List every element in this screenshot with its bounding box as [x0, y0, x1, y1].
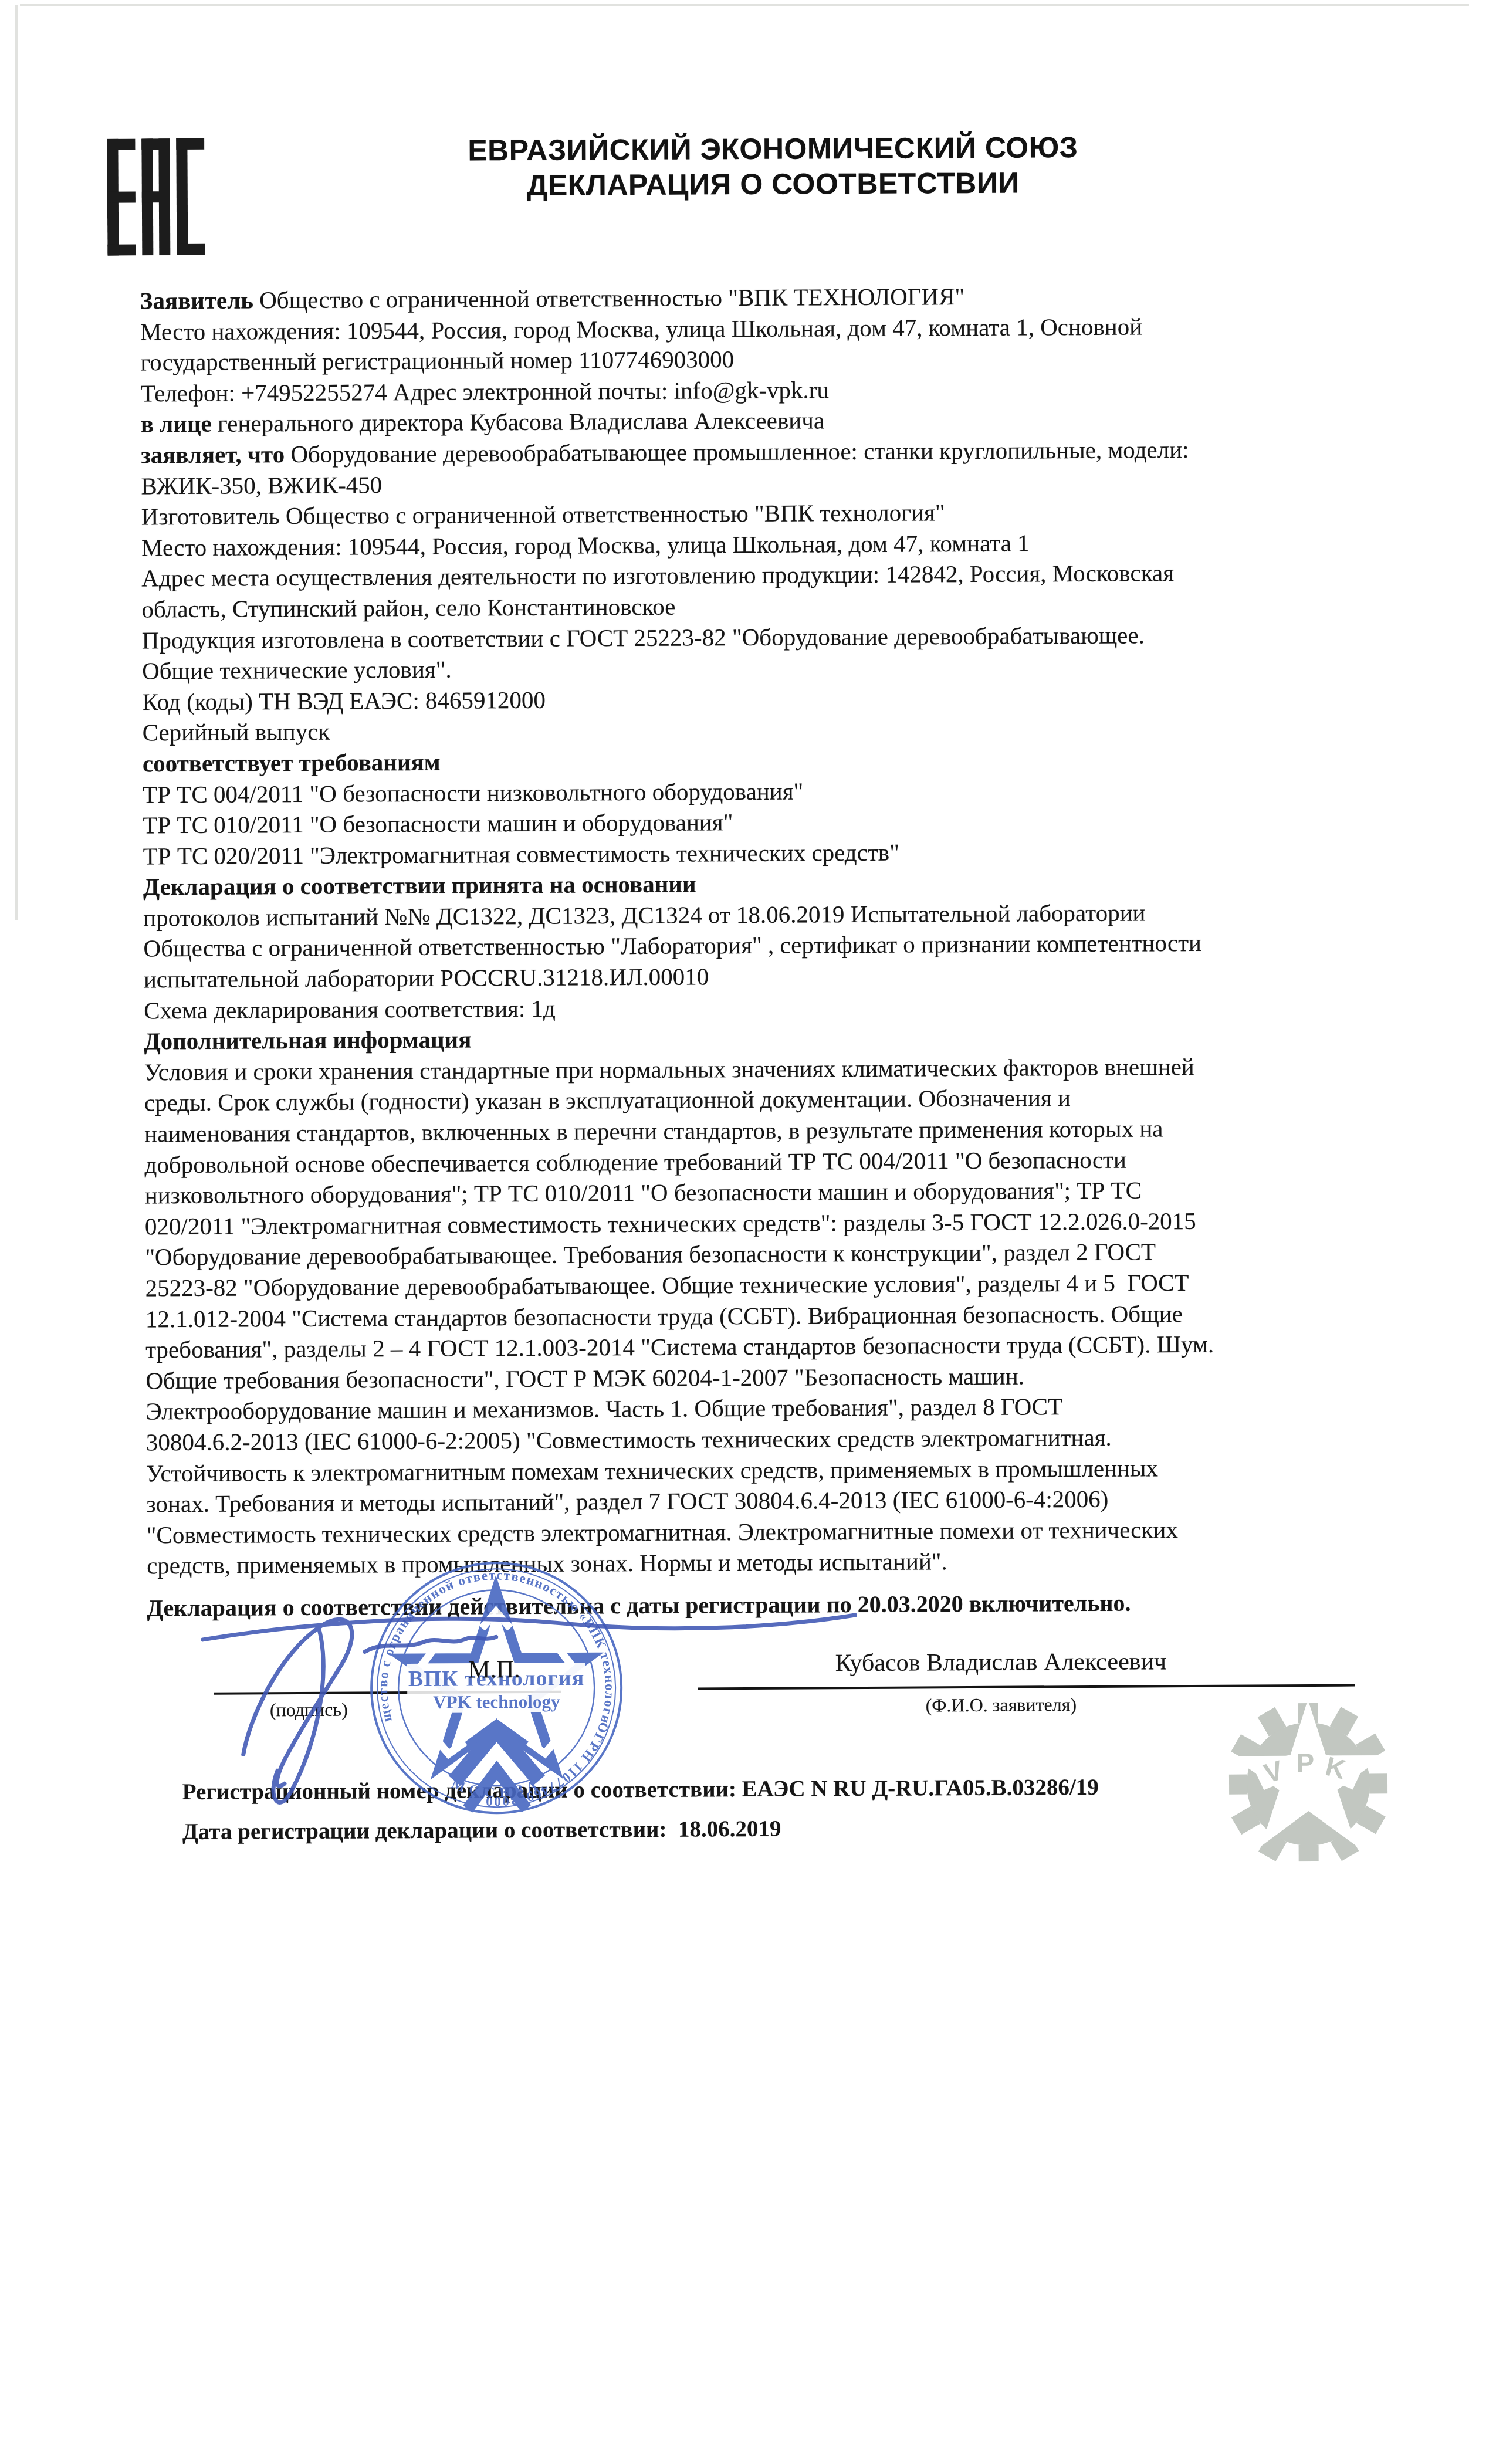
doc-line: Схема декларирования соответствия: 1д	[144, 990, 1212, 1026]
vpk-gear-watermark: V P K	[1228, 1703, 1387, 1861]
doc-line-segment: требования", разделы 2 – 4 ГОСТ 12.1.003…	[145, 1331, 1214, 1363]
doc-line-segment: государственный регистрационный номер 11…	[140, 346, 734, 375]
doc-line-segment: 020/2011 "Электромагнитная совместимость…	[145, 1207, 1196, 1240]
doc-line: Условия и сроки хранения стандартные при…	[144, 1051, 1213, 1088]
doc-line: Место нахождения: 109544, Россия, город …	[141, 527, 1210, 563]
doc-line: область, Ступинский район, село Констант…	[141, 588, 1210, 625]
doc-line-segment: Общества с ограниченной ответственностью…	[143, 929, 1201, 962]
doc-line: в лице генерального директора Кубасова В…	[141, 403, 1209, 439]
doc-line-segment: Код (коды) ТН ВЭД ЕАЭС: 8465912000	[142, 686, 546, 716]
doc-line-segment: Схема декларирования соответствия: 1д	[144, 994, 556, 1024]
union-title: ЕВРАЗИЙСКИЙ ЭКОНОМИЧЕСКИЙ СОЮЗ	[371, 129, 1175, 168]
doc-line-segment: добровольной основе обеспечивается соблю…	[144, 1146, 1126, 1178]
doc-line-segment: ВЖИК-350, ВЖИК-450	[141, 471, 382, 499]
doc-line-bold-segment: Дополнительная информация	[144, 1026, 471, 1055]
document-title: ДЕКЛАРАЦИЯ О СООТВЕТСТВИИ	[371, 164, 1175, 204]
doc-line: наименования стандартов, включенных в пе…	[144, 1113, 1213, 1149]
registration-date-label: Дата регистрации декларации о соответств…	[182, 1817, 667, 1844]
document-header: ЕВРАЗИЙСКИЙ ЭКОНОМИЧЕСКИЙ СОЮЗ ДЕКЛАРАЦИ…	[371, 129, 1175, 204]
doc-line-segment: Электрооборудование машин и механизмов. …	[146, 1393, 1063, 1425]
doc-line: зонах. Требования и методы испытаний", р…	[146, 1483, 1214, 1519]
doc-line-segment: Адрес места осуществления деятельности п…	[141, 560, 1174, 592]
doc-line-segment: испытательной лаборатории РОССRU.31218.И…	[144, 963, 709, 993]
doc-line-segment: Общество с ограниченной ответственностью…	[259, 283, 964, 313]
eac-mark-icon	[107, 138, 205, 256]
doc-line-bold-segment: Заявитель	[140, 286, 260, 314]
doc-line-segment: 12.1.012-2004 "Система стандартов безопа…	[145, 1300, 1183, 1332]
doc-line: средств, применяемых в промышленных зона…	[147, 1545, 1215, 1581]
doc-line: Дополнительная информация	[144, 1020, 1212, 1057]
doc-line-segment: Место нахождения: 109544, Россия, город …	[141, 529, 1030, 561]
doc-line-segment: ТР ТС 010/2011 "О безопасности машин и о…	[143, 808, 733, 838]
doc-line-segment: Телефон: +74952255274 Адрес электронной …	[140, 376, 829, 407]
doc-line: ТР ТС 010/2011 "О безопасности машин и о…	[143, 804, 1211, 841]
doc-line: государственный регистрационный номер 11…	[140, 341, 1209, 378]
doc-line-segment: среды. Срок службы (годности) указан в э…	[144, 1085, 1071, 1116]
doc-line-segment: наименования стандартов, включенных в пе…	[144, 1115, 1163, 1147]
doc-line-segment: Оборудование деревообрабатывающее промыш…	[290, 436, 1189, 468]
doc-line: испытательной лаборатории РОССRU.31218.И…	[144, 959, 1212, 995]
doc-line-segment: "Совместимость технических средств элект…	[147, 1516, 1178, 1548]
doc-line: заявляет, что Оборудование деревообрабат…	[141, 434, 1209, 471]
doc-line: Общие требования безопасности", ГОСТ Р М…	[145, 1360, 1214, 1396]
doc-line-bold-segment: заявляет, что	[141, 441, 290, 468]
doc-line-segment: ТР ТС 004/2011 "О безопасности низковоль…	[143, 777, 803, 808]
page-content: ЕВРАЗИЙСКИЙ ЭКОНОМИЧЕСКИЙ СОЮЗ ДЕКЛАРАЦИ…	[0, 0, 1496, 2464]
doc-line-segment: Серийный выпуск	[143, 718, 330, 746]
doc-line-segment: Общие технические условия".	[142, 656, 452, 685]
doc-line-segment: область, Ступинский район, село Констант…	[141, 593, 675, 623]
doc-line-segment: низковольтного оборудования"; ТР ТС 010/…	[145, 1177, 1142, 1209]
doc-line: Код (коды) ТН ВЭД ЕАЭС: 8465912000	[142, 681, 1210, 717]
eac-letter-c	[176, 138, 205, 255]
doc-line: Декларация о соответствии принята на осн…	[143, 866, 1211, 902]
doc-line-segment: протоколов испытаний №№ ДС1322, ДС1323, …	[143, 899, 1145, 931]
doc-line-bold-segment: Декларация о соответствии принята на осн…	[143, 871, 696, 901]
doc-line-bold-segment: в лице	[141, 410, 218, 438]
doc-line-segment: 25223-82 "Оборудование деревообрабатываю…	[145, 1269, 1189, 1301]
doc-line-bold-segment: соответствует требованиям	[143, 749, 441, 777]
doc-line: 25223-82 "Оборудование деревообрабатываю…	[145, 1267, 1213, 1304]
doc-line-segment: "Оборудование деревообрабатывающее. Треб…	[145, 1238, 1156, 1271]
doc-line: низковольтного оборудования"; ТР ТС 010/…	[145, 1175, 1213, 1211]
stamp-place-label: М.П.	[468, 1656, 520, 1684]
doc-line: добровольной основе обеспечивается соблю…	[144, 1143, 1213, 1180]
doc-line: среды. Срок службы (годности) указан в э…	[144, 1082, 1213, 1118]
doc-line-segment: Продукция изготовлена в соответствии с Г…	[142, 621, 1145, 654]
doc-line: Телефон: +74952255274 Адрес электронной …	[140, 373, 1209, 409]
doc-line: ТР ТС 020/2011 "Электромагнитная совмест…	[143, 835, 1211, 872]
vpk-letter-p: P	[1296, 1748, 1314, 1778]
doc-line-segment: Изготовитель Общество с ограниченной отв…	[141, 499, 945, 530]
signature-scribble	[191, 1578, 872, 1816]
doc-line: Электрооборудование машин и механизмов. …	[146, 1390, 1214, 1427]
doc-line-segment: зонах. Требования и методы испытаний", р…	[146, 1485, 1108, 1518]
document-body: Заявитель Общество с ограниченной ответс…	[140, 280, 1216, 1581]
doc-line: Продукция изготовлена в соответствии с Г…	[142, 619, 1210, 655]
doc-line-segment: генерального директора Кубасова Владисла…	[218, 407, 824, 437]
doc-line-segment: Место нахождения: 109544, Россия, город …	[140, 313, 1142, 345]
doc-line: Адрес места осуществления деятельности п…	[141, 557, 1210, 594]
doc-line: Серийный выпуск	[142, 712, 1210, 748]
doc-line: Изготовитель Общество с ограниченной отв…	[141, 496, 1210, 532]
registration-date-value: 18.06.2019	[666, 1816, 781, 1842]
doc-line: 020/2011 "Электромагнитная совместимость…	[145, 1206, 1213, 1242]
declaration-sheet: ЕВРАЗИЙСКИЙ ЭКОНОМИЧЕСКИЙ СОЮЗ ДЕКЛАРАЦИ…	[0, 0, 1496, 2464]
doc-line-segment: Общие требования безопасности", ГОСТ Р М…	[145, 1362, 1024, 1394]
doc-line: ТР ТС 004/2011 "О безопасности низковоль…	[143, 773, 1211, 810]
doc-line: "Совместимость технических средств элект…	[147, 1514, 1215, 1551]
eac-letter-e	[107, 138, 136, 255]
doc-line-segment: 30804.6.2-2013 (IEC 61000-6-2:2005) "Сов…	[146, 1424, 1112, 1456]
doc-line: протоколов испытаний №№ ДС1322, ДС1323, …	[143, 897, 1211, 933]
doc-line: Заявитель Общество с ограниченной ответс…	[140, 280, 1209, 316]
doc-line: "Оборудование деревообрабатывающее. Треб…	[145, 1236, 1213, 1272]
doc-line-segment: Устойчивость к электромагнитным помехам …	[146, 1454, 1158, 1487]
doc-line: 12.1.012-2004 "Система стандартов безопа…	[145, 1298, 1214, 1334]
doc-line: Устойчивость к электромагнитным помехам …	[146, 1452, 1214, 1488]
doc-line: Место нахождения: 109544, Россия, город …	[140, 310, 1209, 347]
applicant-caption: (Ф.И.О. заявителя)	[837, 1693, 1165, 1717]
doc-line: 30804.6.2-2013 (IEC 61000-6-2:2005) "Сов…	[146, 1421, 1214, 1458]
eac-letter-a	[141, 138, 170, 255]
doc-line: Общие технические условия".	[142, 650, 1210, 686]
doc-line: требования", разделы 2 – 4 ГОСТ 12.1.003…	[145, 1329, 1214, 1365]
doc-line: ВЖИК-350, ВЖИК-450	[141, 465, 1209, 501]
doc-line-segment: ТР ТС 020/2011 "Электромагнитная совмест…	[143, 838, 899, 869]
doc-line: соответствует требованиям	[143, 743, 1211, 779]
doc-line-segment: Условия и сроки хранения стандартные при…	[144, 1053, 1194, 1085]
doc-line: Общества с ограниченной ответственностью…	[143, 928, 1211, 964]
